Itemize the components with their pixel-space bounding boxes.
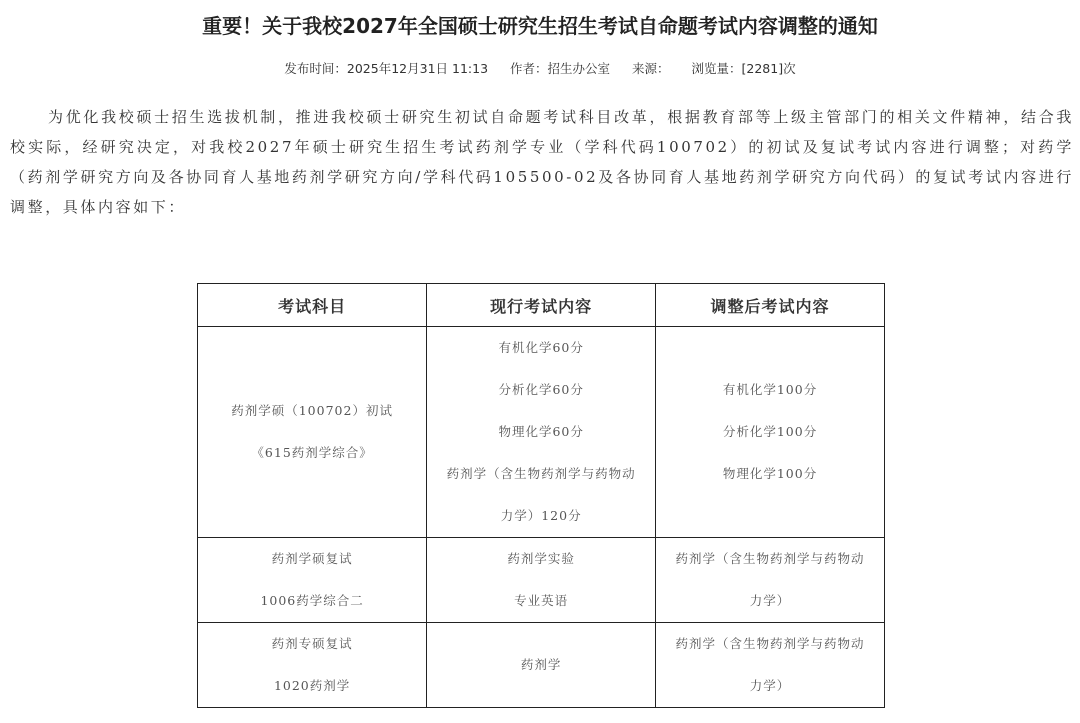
cell-line: 力学） (664, 580, 876, 622)
cell-line: 药剂学（含生物药剂学与药物动 (435, 453, 647, 495)
article-meta: 发布时间：2025年12月31日 11:13 作者：招生办公室 来源： 浏览量：… (0, 59, 1080, 77)
current-content-cell: 药剂学实验 专业英语 (427, 538, 656, 623)
source: 来源： (632, 61, 670, 76)
cell-line: 物理化学100分 (664, 453, 876, 495)
view-count: 浏览量：[2281]次 (692, 61, 796, 76)
cell-line: 专业英语 (435, 580, 647, 622)
cell-line: 有机化学60分 (435, 327, 647, 369)
publish-time: 发布时间：2025年12月31日 11:13 (284, 61, 488, 76)
header-subject: 考试科目 (198, 284, 427, 327)
adjusted-content-cell: 药剂学（含生物药剂学与药物动 力学） (656, 538, 885, 623)
cell-line: 力学）120分 (435, 495, 647, 537)
cell-line: 1006药学综合二 (206, 580, 418, 622)
table-row: 药剂学硕（100702）初试 《615药剂学综合》 有机化学60分 分析化学60… (198, 327, 885, 538)
adjusted-content-cell: 有机化学100分 分析化学100分 物理化学100分 (656, 327, 885, 538)
cell-line: 药剂专硕复试 (206, 623, 418, 665)
cell-line: 力学） (664, 665, 876, 707)
cell-line: 药剂学（含生物药剂学与药物动 (664, 623, 876, 665)
cell-line: 药剂学硕（100702）初试 (206, 390, 418, 432)
author: 作者：招生办公室 (510, 61, 610, 76)
cell-line: 药剂学硕复试 (206, 538, 418, 580)
cell-line: 物理化学60分 (435, 411, 647, 453)
cell-line: 药剂学 (435, 644, 647, 686)
cell-line: 药剂学实验 (435, 538, 647, 580)
cell-line: 《615药剂学综合》 (206, 432, 418, 474)
current-content-cell: 药剂学 (427, 623, 656, 708)
table-row: 药剂学硕复试 1006药学综合二 药剂学实验 专业英语 药剂学（含生物药剂学与药… (198, 538, 885, 623)
exam-content-table: 考试科目 现行考试内容 调整后考试内容 药剂学硕（100702）初试 《615药… (197, 283, 885, 708)
cell-line: 分析化学100分 (664, 411, 876, 453)
subject-cell: 药剂学硕（100702）初试 《615药剂学综合》 (198, 327, 427, 538)
current-content-cell: 有机化学60分 分析化学60分 物理化学60分 药剂学（含生物药剂学与药物动 力… (427, 327, 656, 538)
cell-line: 分析化学60分 (435, 369, 647, 411)
table-header-row: 考试科目 现行考试内容 调整后考试内容 (198, 284, 885, 327)
adjusted-content-cell: 药剂学（含生物药剂学与药物动 力学） (656, 623, 885, 708)
header-current-content: 现行考试内容 (427, 284, 656, 327)
cell-line: 药剂学（含生物药剂学与药物动 (664, 538, 876, 580)
cell-line: 有机化学100分 (664, 369, 876, 411)
article-title: 重要！关于我校2027年全国硕士研究生招生考试自命题考试内容调整的通知 (0, 10, 1080, 39)
subject-cell: 药剂学硕复试 1006药学综合二 (198, 538, 427, 623)
table-row: 药剂专硕复试 1020药剂学 药剂学 药剂学（含生物药剂学与药物动 力学） (198, 623, 885, 708)
article-paragraph: 为优化我校硕士招生选拔机制，推进我校硕士研究生初试自命题考试科目改革，根据教育部… (10, 102, 1074, 222)
header-adjusted-content: 调整后考试内容 (656, 284, 885, 327)
subject-cell: 药剂专硕复试 1020药剂学 (198, 623, 427, 708)
cell-line: 1020药剂学 (206, 665, 418, 707)
